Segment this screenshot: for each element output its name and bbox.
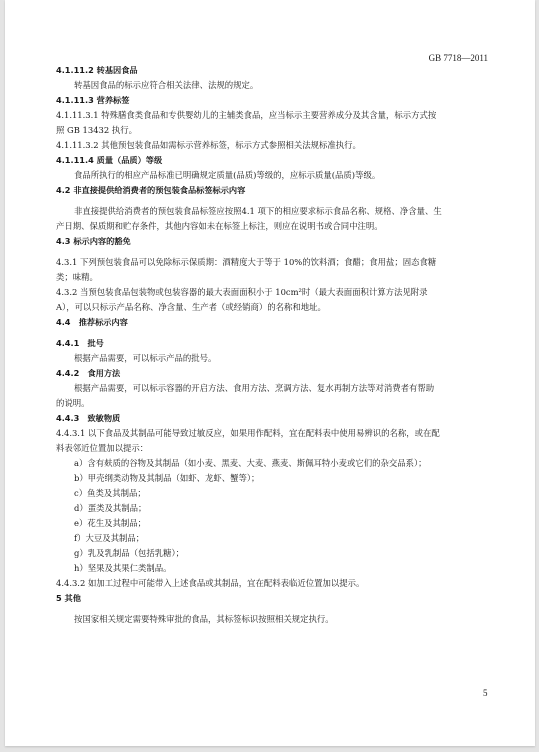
paragraph-line: 根据产品需要，可以标示产品的批号。 — [56, 351, 496, 366]
section-heading: 4.4.2 食用方法 — [56, 366, 496, 381]
page-number: 5 — [483, 688, 488, 698]
section-heading: 4.4 推荐标示内容 — [56, 315, 496, 330]
section-heading: 4.3 标示内容的豁免 — [56, 234, 496, 249]
section-heading: 4.4.3 致敏物质 — [56, 411, 496, 426]
paragraph-line: 根据产品需要，可以标示容器的开启方法、食用方法、烹调方法、复水再制方法等对消费者… — [56, 381, 496, 396]
paragraph-line: 非直接提供给消费者的预包装食品标签应按照4.1 项下的相应要求标示食品名称、规格… — [56, 204, 496, 219]
list-item: g）乳及乳制品（包括乳糖）； — [56, 546, 496, 561]
list-item: e）花生及其制品； — [56, 516, 496, 531]
paragraph-line: 按国家相关规定需要特殊审批的食品，其标签标识按照相关规定执行。 — [56, 612, 496, 627]
list-item: h）坚果及其果仁类制品。 — [56, 561, 496, 576]
section-heading: 5 其他 — [56, 591, 496, 606]
document-page: GB 7718—2011 4.1.11.2 转基因食品转基因食品的标示应符合相关… — [5, 0, 535, 746]
section-heading: 4.2 非直接提供给消费者的预包装食品标签标示内容 — [56, 183, 496, 198]
page-content: 4.1.11.2 转基因食品转基因食品的标示应符合相关法律、法规的规定。4.1.… — [56, 63, 496, 627]
paragraph-line: 4.3.1 下列预包装食品可以免除标示保质期：酒精度大于等于 10%的饮料酒；食… — [56, 255, 496, 270]
paragraph-line: 产日期、保质期和贮存条件，其他内容如未在标签上标注，则应在说明书或合同中注明。 — [56, 219, 496, 234]
section-heading: 4.1.11.2 转基因食品 — [56, 63, 496, 78]
paragraph-line: 类；味精。 — [56, 270, 496, 285]
section-heading: 4.1.11.4 质量（品质）等级 — [56, 153, 496, 168]
list-item: b）甲壳纲类动物及其制品（如虾、龙虾、蟹等）； — [56, 471, 496, 486]
paragraph-line: 转基因食品的标示应符合相关法律、法规的规定。 — [56, 78, 496, 93]
paragraph-line: 4.1.11.3.1 特殊膳食类食品和专供婴幼儿的主辅类食品，应当标示主要营养成… — [56, 108, 496, 123]
paragraph-line: 4.3.2 当预包装食品包装物或包装容器的最大表面面积小于 10cm²时（最大表… — [56, 285, 496, 300]
paragraph-line: 照 GB 13432 执行。 — [56, 123, 496, 138]
paragraph-line: 的说明。 — [56, 396, 496, 411]
list-item: d）蛋类及其制品； — [56, 501, 496, 516]
list-item: c）鱼类及其制品； — [56, 486, 496, 501]
paragraph-line: A），可以只标示产品名称、净含量、生产者（或经销商）的名称和地址。 — [56, 300, 496, 315]
paragraph-line: 4.1.11.3.2 其他预包装食品如需标示营养标签，标示方式参照相关法规标准执… — [56, 138, 496, 153]
standard-number: GB 7718—2011 — [429, 53, 488, 63]
paragraph-line: 4.4.3.2 如加工过程中可能带入上述食品或其制品，宜在配料表临近位置加以提示… — [56, 576, 496, 591]
section-heading: 4.4.1 批号 — [56, 336, 496, 351]
list-item: a）含有麸质的谷物及其制品（如小麦、黑麦、大麦、燕麦、斯佩耳特小麦或它们的杂交品… — [56, 456, 496, 471]
paragraph-line: 4.4.3.1 以下食品及其制品可能导致过敏反应，如果用作配料，宜在配料表中使用… — [56, 426, 496, 441]
paragraph-line: 食品所执行的相应产品标准已明确规定质量(品质)等级的，应标示质量(品质)等级。 — [56, 168, 496, 183]
paragraph-line: 料表邻近位置加以提示： — [56, 441, 496, 456]
list-item: f）大豆及其制品； — [56, 531, 496, 546]
section-heading: 4.1.11.3 营养标签 — [56, 93, 496, 108]
